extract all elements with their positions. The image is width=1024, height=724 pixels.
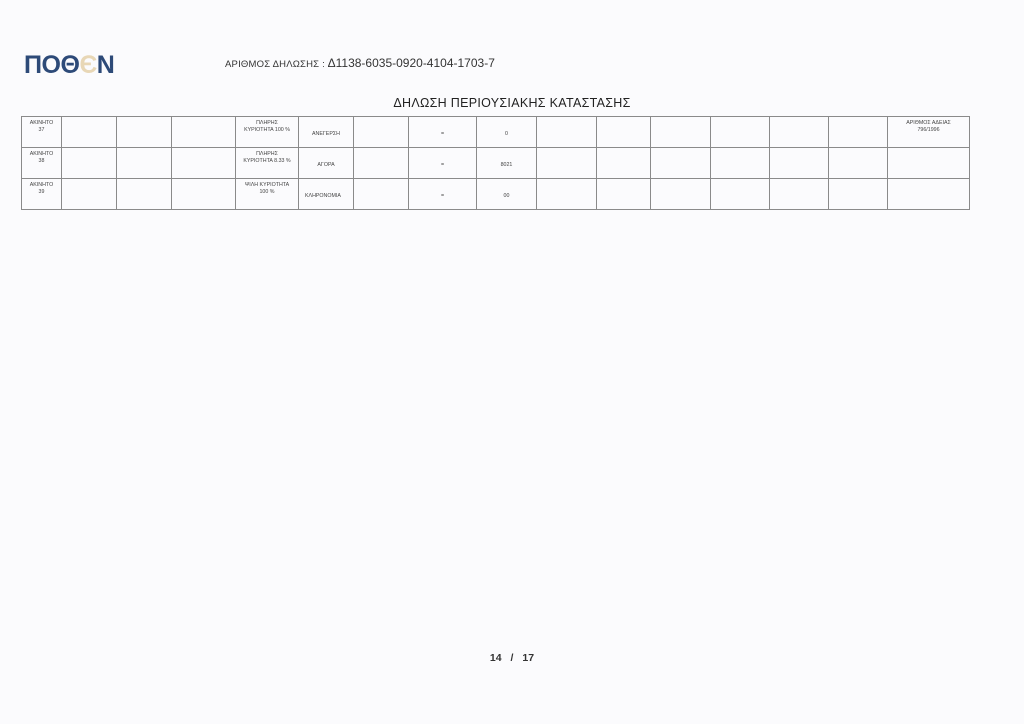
empty-cell — [62, 117, 117, 148]
empty-cell — [172, 117, 236, 148]
empty-cell — [537, 148, 597, 179]
empty-cell — [117, 117, 172, 148]
assets-table: ΑΚΙΝΗΤΟ37 ΠΛΗΡΗΣΚΥΡΙΟΤΗΤΑ 100 % ΑΝΕΓΕΡΣΗ… — [21, 116, 970, 210]
table-row: ΑΚΙΝΗΤΟ37 ΠΛΗΡΗΣΚΥΡΙΟΤΗΤΑ 100 % ΑΝΕΓΕΡΣΗ… — [22, 117, 970, 148]
value-cell: 00 — [477, 179, 537, 210]
empty-cell — [354, 148, 409, 179]
empty-cell — [829, 148, 888, 179]
empty-cell — [770, 117, 829, 148]
empty-cell — [172, 179, 236, 210]
empty-cell — [829, 117, 888, 148]
equals-cell: = — [409, 148, 477, 179]
logo-text: ΠΟΘ — [24, 51, 79, 79]
ownership-cell: ΠΛΗΡΗΣΚΥΡΙΟΤΗΤΑ 100 % — [236, 117, 299, 148]
empty-cell — [354, 117, 409, 148]
declaration-label: ΑΡΙΘΜΟΣ ΔΗΛΩΣΗΣ : — [225, 59, 325, 70]
logo-accent: Є — [79, 51, 96, 79]
empty-cell — [597, 148, 651, 179]
current-page: 14 — [490, 652, 502, 664]
empty-cell — [537, 117, 597, 148]
declaration-value: Δ1138-6035-0920-4104-1703-7 — [328, 56, 495, 70]
permit-cell — [888, 179, 970, 210]
asset-cell: ΑΚΙΝΗΤΟ39 — [22, 179, 62, 210]
logo-text-end: Ν — [97, 51, 115, 79]
empty-cell — [117, 179, 172, 210]
acquisition-cell: ΑΓΟΡΑ — [299, 148, 354, 179]
empty-cell — [62, 179, 117, 210]
asset-cell: ΑΚΙΝΗΤΟ37 — [22, 117, 62, 148]
empty-cell — [711, 179, 770, 210]
declaration-number: ΑΡΙΘΜΟΣ ΔΗΛΩΣΗΣ : Δ1138-6035-0920-4104-1… — [225, 56, 495, 72]
empty-cell — [711, 117, 770, 148]
total-pages: 17 — [522, 652, 534, 664]
table-row: ΑΚΙΝΗΤΟ38 ΠΛΗΡΗΣΚΥΡΙΟΤΗΤΑ 8.33 % ΑΓΟΡΑ =… — [22, 148, 970, 179]
document-title: ΔΗΛΩΣΗ ΠΕΡΙΟΥΣΙΑΚΗΣ ΚΑΤΑΣΤΑΣΗΣ — [0, 96, 1024, 110]
ownership-cell: ΠΛΗΡΗΣΚΥΡΙΟΤΗΤΑ 8.33 % — [236, 148, 299, 179]
value-cell: 0 — [477, 117, 537, 148]
permit-cell — [888, 148, 970, 179]
empty-cell — [651, 179, 711, 210]
acquisition-cell: ΑΝΕΓΕΡΣΗ — [299, 117, 354, 148]
asset-cell: ΑΚΙΝΗΤΟ38 — [22, 148, 62, 179]
empty-cell — [651, 148, 711, 179]
equals-cell: = — [409, 179, 477, 210]
empty-cell — [354, 179, 409, 210]
empty-cell — [597, 117, 651, 148]
empty-cell — [770, 148, 829, 179]
value-cell: 8021 — [477, 148, 537, 179]
ownership-cell: ΨΙΛΗ ΚΥΡΙΟΤΗΤΑ100 % — [236, 179, 299, 210]
empty-cell — [711, 148, 770, 179]
empty-cell — [537, 179, 597, 210]
empty-cell — [829, 179, 888, 210]
page-number: 14 / 17 — [0, 652, 1024, 664]
pothen-logo: ΠΟΘЄΝ — [24, 50, 114, 80]
empty-cell — [651, 117, 711, 148]
page-separator: / — [511, 652, 514, 664]
empty-cell — [62, 148, 117, 179]
acquisition-cell: ΚΛΗΡΟΝΟΜΙΑ — [299, 179, 354, 210]
equals-cell: = — [409, 117, 477, 148]
empty-cell — [172, 148, 236, 179]
empty-cell — [597, 179, 651, 210]
empty-cell — [117, 148, 172, 179]
table-row: ΑΚΙΝΗΤΟ39 ΨΙΛΗ ΚΥΡΙΟΤΗΤΑ100 % ΚΛΗΡΟΝΟΜΙΑ… — [22, 179, 970, 210]
empty-cell — [770, 179, 829, 210]
permit-cell: ΑΡΙΘΜΟΣ ΑΔΕΙΑΣ796/1996 — [888, 117, 970, 148]
